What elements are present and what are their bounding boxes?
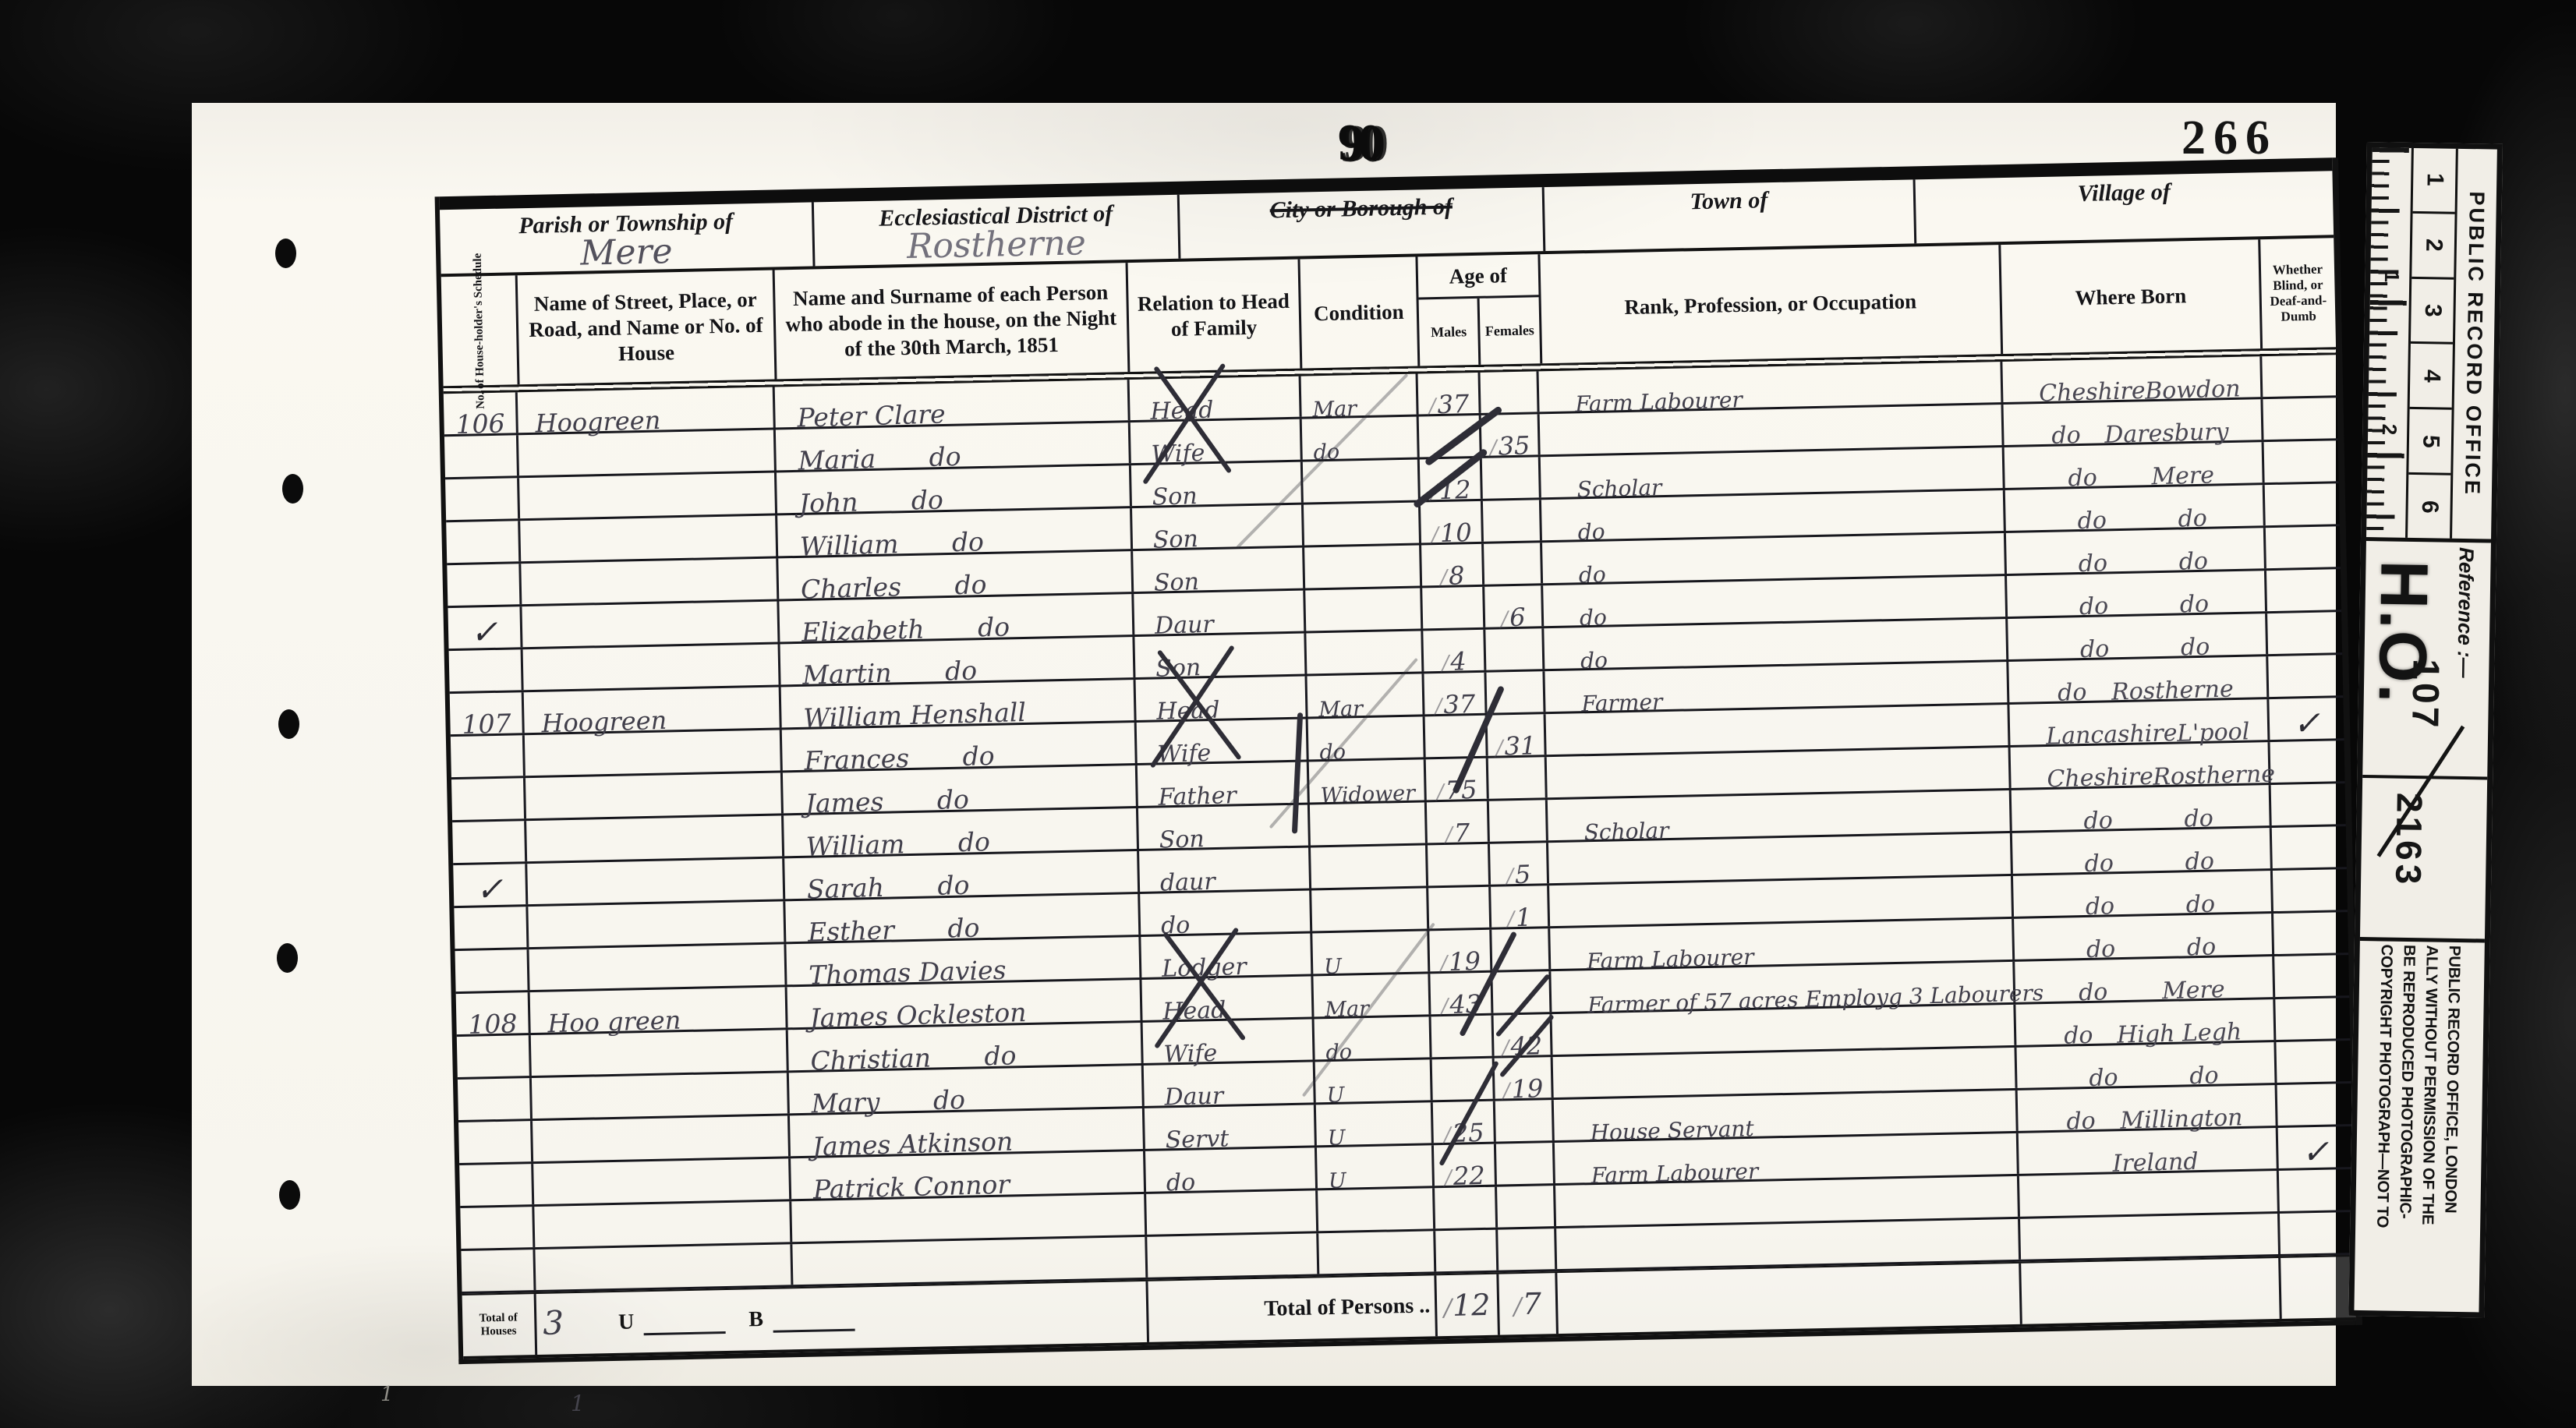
total-males-cell: 12 xyxy=(1436,1274,1500,1337)
street-cell xyxy=(531,1030,789,1076)
district-header-cell: Ecclesiastical District of Rostherne xyxy=(813,195,1180,267)
age-female-cell xyxy=(1486,671,1545,713)
blind-cell xyxy=(2274,955,2349,997)
ruler-cm-number: 3 xyxy=(2411,279,2454,345)
condition-cell: do xyxy=(1308,716,1426,759)
age-female-cell xyxy=(1498,1228,1557,1271)
age-female-cell: 5 xyxy=(1490,843,1549,885)
born-cell: dodo xyxy=(2005,485,2266,531)
age-female-value: 1 xyxy=(1507,903,1533,933)
occupation-cell xyxy=(1540,405,2005,454)
age-male-cell xyxy=(1425,716,1488,758)
born-header-text: Where Born xyxy=(2075,283,2186,311)
blind-cell xyxy=(2265,483,2340,525)
age-subheaders: Males Females xyxy=(1419,297,1540,366)
born-cell: dodo xyxy=(2008,613,2268,659)
schedule-cell xyxy=(455,949,530,991)
relation-cell: Daur xyxy=(1144,1062,1316,1106)
age-male-cell: 25 xyxy=(1433,1101,1496,1143)
age-male-cell: 22 xyxy=(1434,1144,1497,1186)
copyright-section: PUBLIC RECORD OFFICE, LONDONALLY WITHOUT… xyxy=(2355,941,2485,1303)
occupation-cell: Scholar xyxy=(1548,790,2012,840)
born-cell: doDaresbury xyxy=(2004,399,2264,445)
totals-empty-cell xyxy=(1557,1264,2022,1334)
name-cell: Martin do xyxy=(780,637,1136,684)
name-cell: Elizabeth do xyxy=(779,594,1134,642)
age-male-cell: 4 xyxy=(1423,630,1486,672)
occupation-cell: Scholar xyxy=(1541,447,2005,497)
schedule-cell xyxy=(461,1249,536,1292)
schedule-cell xyxy=(445,478,520,520)
schedule-cell: 106 xyxy=(444,392,518,434)
ruler-cm-number: 4 xyxy=(2410,344,2453,410)
condition-cell xyxy=(1310,802,1428,845)
occupation-cell xyxy=(1552,1005,2016,1055)
condition-cell xyxy=(1304,502,1421,545)
age-male-cell: 43 xyxy=(1430,973,1493,1015)
blind-cell xyxy=(2273,869,2348,911)
born-cell: CheshireBowdon xyxy=(2002,356,2263,402)
age-female-cell xyxy=(1482,457,1541,499)
blind-cell xyxy=(2280,1212,2355,1254)
street-cell xyxy=(527,858,785,904)
age-female-cell xyxy=(1488,757,1548,799)
schedule-header-text: No. of House-holder's Schedule xyxy=(471,253,487,408)
name-cell: James Ockleston xyxy=(787,980,1143,1027)
blind-cell xyxy=(2266,569,2341,611)
totals-empty-cell xyxy=(2281,1257,2356,1319)
relation-cell: do xyxy=(1140,890,1312,935)
street-cell xyxy=(534,1201,792,1247)
occupation-cell: Farmer xyxy=(1545,662,2009,712)
born-cell: doRostherne xyxy=(2008,656,2269,702)
street-cell xyxy=(521,558,779,604)
total-males-value: 12 xyxy=(1443,1288,1491,1323)
schedule-cell xyxy=(452,821,527,863)
age-male-value: 8 xyxy=(1439,560,1465,591)
street-cell xyxy=(520,515,778,561)
name-cell: Christian do xyxy=(788,1023,1144,1070)
building-blank xyxy=(773,1305,855,1332)
age-female-cell xyxy=(1481,371,1540,413)
punch-hole xyxy=(277,943,298,973)
street-cell xyxy=(519,472,777,518)
name-cell xyxy=(792,1237,1148,1285)
condition-cell: U xyxy=(1317,1145,1435,1188)
age-header-wrap: Age of Males Females xyxy=(1418,254,1540,366)
occupation-cell xyxy=(1547,748,2012,797)
occupation-cell: Farm Labourer xyxy=(1550,919,2015,969)
age-female-cell xyxy=(1495,1100,1555,1142)
relation-cell: Son xyxy=(1138,804,1311,849)
district-value: Rostherne xyxy=(814,221,1179,269)
town-header-cell: Town of xyxy=(1545,179,1916,251)
schedule-cell xyxy=(451,735,525,777)
age-females-header: Females xyxy=(1480,297,1540,365)
born-cell: Ireland xyxy=(2019,1128,2279,1174)
age-male-cell: 75 xyxy=(1426,758,1489,801)
blind-cell xyxy=(2267,612,2342,654)
schedule-cell xyxy=(458,1078,533,1120)
condition-cell xyxy=(1303,459,1421,502)
name-cell: Sarah do xyxy=(784,851,1140,899)
relation-cell: Wife xyxy=(1143,1019,1315,1063)
village-header-cell: Village of xyxy=(1915,171,2334,243)
schedule-cell xyxy=(447,564,522,606)
building-label: B xyxy=(748,1307,763,1332)
name-cell: Thomas Davies xyxy=(786,937,1141,984)
ruler-cm-number: 2 xyxy=(2411,214,2454,280)
age-male-cell: 37 xyxy=(1424,673,1487,715)
page-stamp-number: 90 xyxy=(1338,112,1378,173)
schedule-cell xyxy=(446,521,521,563)
age-male-cell xyxy=(1419,415,1482,458)
punch-hole xyxy=(275,239,296,268)
condition-cell: Mar xyxy=(1313,974,1431,1016)
total-persons-label: Total of Persons .. xyxy=(1148,1275,1438,1342)
age-male-cell: 10 xyxy=(1421,501,1484,543)
office-name-text: PUBLIC RECORD OFFICE xyxy=(2452,149,2497,539)
occupation-cell: do xyxy=(1543,576,2008,626)
schedule-cell xyxy=(459,1164,534,1206)
col-header-name: Name and Surname of each Person who abod… xyxy=(774,263,1130,379)
relation-cell xyxy=(1146,1190,1318,1235)
occupation-cell xyxy=(1553,1048,2018,1098)
relation-cell: Wife xyxy=(1131,419,1303,464)
blind-cell xyxy=(2273,912,2348,954)
occupation-cell xyxy=(1555,1176,2020,1226)
blind-cell xyxy=(2268,655,2343,697)
left-check-mark: ✓ xyxy=(470,613,498,652)
occupation-cell: Farmer of 57 acres Employg 3 Labourers xyxy=(1551,962,2015,1012)
name-cell: Mary do xyxy=(789,1066,1145,1113)
occupation-cell: do xyxy=(1544,619,2008,669)
relation-cell: Son xyxy=(1133,548,1305,592)
relation-cell: Son xyxy=(1134,634,1307,678)
margin-mark: 1 xyxy=(571,1391,585,1416)
relation-cell: Father xyxy=(1138,762,1310,806)
name-cell: William Henshall xyxy=(781,680,1137,727)
punch-hole xyxy=(279,1180,300,1210)
condition-cell: Mar xyxy=(1307,673,1424,716)
relation-cell: Son xyxy=(1131,462,1304,507)
blind-cell: ✓ xyxy=(2269,698,2344,740)
col-header-age: Age of Males Females xyxy=(1418,254,1542,366)
blind-cell xyxy=(2264,440,2339,482)
occupation-cell xyxy=(1549,876,2014,926)
ruler-section: 1 2 123456 PUBLIC RECORD OFFICE xyxy=(2366,147,2497,543)
age-female-cell xyxy=(1491,928,1551,970)
born-cell: CheshireRostherne xyxy=(2011,742,2271,788)
village-label: Village of xyxy=(1915,175,2333,210)
blind-cell xyxy=(2262,355,2337,397)
city-label: City or Borough of xyxy=(1180,192,1542,226)
street-cell xyxy=(533,1158,791,1204)
age-female-cell xyxy=(1497,1186,1556,1228)
street-cell xyxy=(533,1115,791,1161)
condition-cell: do xyxy=(1315,1016,1432,1059)
age-male-cell: 7 xyxy=(1427,801,1490,843)
age-male-cell: 37 xyxy=(1418,373,1481,415)
age-female-cell: 42 xyxy=(1494,1014,1553,1056)
blind-cell xyxy=(2272,826,2347,868)
blind-header-text: Whether Blind, or Deaf-and-Dumb xyxy=(2261,261,2336,325)
name-cell xyxy=(791,1194,1147,1242)
total-houses-cell: 3 U B xyxy=(536,1281,1149,1355)
schedule-cell xyxy=(454,907,529,949)
name-cell: Esther do xyxy=(785,894,1141,942)
name-cell: William do xyxy=(777,508,1133,556)
age-male-value: 4 xyxy=(1441,646,1467,677)
col-header-blind: Whether Blind, or Deaf-and-Dumb xyxy=(2260,238,2336,348)
copyright-stamp: PUBLIC RECORD OFFICE, LONDONALLY WITHOUT… xyxy=(2364,944,2466,1298)
blind-cell: ✓ xyxy=(2278,1126,2353,1168)
age-female-cell xyxy=(1492,971,1552,1013)
street-header-text: Name of Street, Place, or Road, and Name… xyxy=(518,286,774,369)
occupation-cell xyxy=(1546,705,2011,755)
street-cell xyxy=(525,730,783,776)
reference-section: Reference :— H.O. 107 2163 xyxy=(2360,541,2491,942)
blind-cell xyxy=(2279,1169,2354,1211)
born-cell: dodo xyxy=(2007,571,2267,617)
schedule-cell xyxy=(451,778,526,820)
town-label: Town of xyxy=(1545,184,1913,218)
street-cell xyxy=(518,429,777,475)
name-header-text: Name and Surname of each Person who abod… xyxy=(775,279,1127,363)
condition-cell: U xyxy=(1312,931,1430,974)
street-cell xyxy=(523,644,781,690)
relation-cell xyxy=(1147,1233,1319,1278)
relation-cell: Son xyxy=(1132,505,1304,550)
condition-cell: Mar xyxy=(1301,373,1419,416)
relation-cell: daur xyxy=(1139,847,1311,892)
census-rows: 106HoogreenPeter ClareHeadMar37Farm Labo… xyxy=(444,355,2355,1294)
occupation-cell: do xyxy=(1542,533,2007,583)
born-cell: LancashireL'pool xyxy=(2009,699,2270,745)
schedule-cell: ✓ xyxy=(453,864,528,906)
blind-cell xyxy=(2263,398,2337,440)
born-cell: dodo xyxy=(2013,871,2273,917)
occupation-cell: Farm Labourer xyxy=(1539,362,2004,412)
condition-cell: Widower xyxy=(1309,759,1427,802)
schedule-cell: 108 xyxy=(456,992,531,1034)
born-cell: doMere xyxy=(2005,442,2265,488)
condition-header-text: Condition xyxy=(1314,299,1404,326)
condition-cell xyxy=(1318,1231,1436,1274)
total-females-cell: 7 xyxy=(1499,1273,1559,1335)
schedule-cell: ✓ xyxy=(448,606,522,649)
total-females-value: 7 xyxy=(1513,1286,1541,1321)
age-female-cell: 1 xyxy=(1491,885,1550,928)
age-female-cell xyxy=(1489,800,1548,842)
age-male-cell xyxy=(1432,1059,1495,1101)
age-female-cell xyxy=(1485,628,1545,670)
schedule-cell xyxy=(460,1207,535,1249)
age-female-cell: 35 xyxy=(1481,414,1541,456)
relation-header-text: Relation to Head of Family xyxy=(1128,288,1299,343)
age-male-cell xyxy=(1435,1230,1499,1272)
name-cell: Frances do xyxy=(782,723,1138,770)
occupation-cell: Farm Labourer xyxy=(1555,1133,2019,1183)
street-cell xyxy=(525,772,784,818)
age-female-cell: 6 xyxy=(1484,585,1544,627)
age-male-cell: 19 xyxy=(1429,930,1492,972)
schedule-cell xyxy=(458,1121,533,1163)
col-header-born: Where Born xyxy=(2001,239,2263,354)
margin-mark-faint: 1 xyxy=(380,1383,394,1406)
ruler-inch-number: 1 xyxy=(2380,271,2404,283)
office-name-column: PUBLIC RECORD OFFICE xyxy=(2452,149,2497,539)
born-cell: doMillington xyxy=(2018,1085,2278,1131)
condition-cell xyxy=(1305,588,1423,631)
occupation-cell xyxy=(1548,833,2013,883)
born-cell: dodo xyxy=(2012,828,2273,874)
col-header-street: Name of Street, Place, or Road, and Name… xyxy=(518,270,777,384)
name-cell: Maria do xyxy=(776,422,1131,470)
street-cell: Hoo green xyxy=(530,987,788,1033)
age-males-header: Males xyxy=(1419,299,1481,366)
relation-cell: Wife xyxy=(1137,719,1309,763)
condition-cell xyxy=(1306,631,1424,673)
born-cell: dodo xyxy=(2006,528,2266,574)
born-cell: doHigh Legh xyxy=(2015,999,2276,1045)
uninhabited-label: U xyxy=(618,1310,635,1334)
street-cell: Hoogreen xyxy=(524,687,782,733)
schedule-cell xyxy=(444,435,519,477)
age-male-cell xyxy=(1435,1187,1498,1229)
blind-cell xyxy=(2277,1083,2352,1126)
col-header-relation: Relation to Head of Family xyxy=(1127,260,1302,373)
street-cell xyxy=(535,1244,793,1290)
name-cell: James Atkinson xyxy=(790,1108,1145,1156)
uninhabited-blank xyxy=(643,1308,726,1335)
parish-header-cell: Parish or Township of Mere xyxy=(440,202,815,274)
occupation-cell: House Servant xyxy=(1554,1090,2019,1140)
col-header-condition: Condition xyxy=(1300,256,1420,368)
condition-cell: U xyxy=(1315,1059,1433,1102)
born-cell xyxy=(2020,1214,2281,1260)
right-check-mark: ✓ xyxy=(2292,704,2320,743)
ruler-ticks: 1 2 xyxy=(2366,147,2414,538)
total-houses-label: Total of Houses xyxy=(462,1294,538,1356)
name-cell: Patrick Connor xyxy=(791,1151,1146,1199)
street-cell xyxy=(528,901,786,947)
age-female-cell xyxy=(1484,543,1543,585)
scanned-census-photograph: { "page": { "stamp_number": "90", "folio… xyxy=(0,0,2576,1428)
condition-cell xyxy=(1304,545,1422,588)
blind-cell xyxy=(2276,1041,2351,1083)
schedule-cell xyxy=(449,649,524,691)
age-male-cell: 12 xyxy=(1420,458,1483,500)
name-cell: James do xyxy=(783,765,1138,813)
left-check-mark: ✓ xyxy=(476,870,504,909)
col-header-schedule: No. of House-holder's Schedule xyxy=(441,275,520,386)
census-form-table: Parish or Township of Mere Ecclesiastica… xyxy=(435,157,2362,1364)
occupation-header-text: Rank, Profession, or Occupation xyxy=(1624,288,1916,320)
condition-cell: do xyxy=(1302,416,1420,459)
schedule-cell: 107 xyxy=(450,692,525,734)
blind-cell xyxy=(2271,783,2346,825)
street-cell xyxy=(522,601,780,647)
born-cell: dodo xyxy=(2016,1042,2277,1088)
folio-number: 266 xyxy=(2181,111,2277,166)
public-record-office-card: 1 2 123456 PUBLIC RECORD OFFICE Referenc… xyxy=(2348,142,2503,1318)
right-check-mark: ✓ xyxy=(2302,1133,2330,1172)
ruler-inch-number: 2 xyxy=(2377,424,2401,436)
age-female-cell xyxy=(1483,500,1542,542)
reference-label-text: Reference :— xyxy=(2443,547,2479,782)
relation-cell: do xyxy=(1145,1147,1318,1192)
total-houses-value: 3 xyxy=(543,1303,564,1342)
relation-cell: Head xyxy=(1136,677,1308,721)
ruler-cm-number: 1 xyxy=(2413,148,2456,214)
born-cell: dodo xyxy=(2014,914,2274,960)
age-male-cell xyxy=(1428,844,1491,886)
age-header-text: Age of xyxy=(1418,254,1539,299)
ruler-cm-number: 5 xyxy=(2408,409,2451,475)
col-header-occupation: Rank, Profession, or Occupation xyxy=(1540,245,2004,363)
ruler-cm-numbers: 123456 xyxy=(2408,148,2458,539)
occupation-cell: do xyxy=(1541,490,2006,540)
street-cell xyxy=(526,815,784,861)
occupation-cell xyxy=(1556,1219,2021,1269)
street-cell xyxy=(529,944,787,990)
age-female-cell: 31 xyxy=(1488,714,1547,756)
age-male-cell xyxy=(1431,1016,1495,1058)
street-cell: Hoogreen xyxy=(518,387,776,433)
reference-label-box: Reference :— xyxy=(2443,547,2479,782)
ruler-cm-number: 6 xyxy=(2408,475,2450,539)
age-female-cell xyxy=(1496,1143,1555,1185)
condition-cell: U xyxy=(1316,1102,1434,1145)
born-cell: dodo xyxy=(2012,785,2272,831)
relation-cell: Daur xyxy=(1134,591,1306,635)
relation-cell: Servt xyxy=(1145,1105,1317,1149)
blind-cell xyxy=(2270,741,2345,783)
condition-cell xyxy=(1318,1188,1435,1231)
born-cell: doMere xyxy=(2015,956,2275,1002)
name-cell: Charles do xyxy=(778,551,1134,599)
street-cell xyxy=(532,1073,790,1119)
totals-empty-cell xyxy=(2021,1258,2282,1324)
name-cell: Peter Clare xyxy=(775,380,1131,427)
relation-cell: Head xyxy=(1130,376,1302,421)
condition-cell xyxy=(1311,888,1429,931)
punch-hole xyxy=(278,709,299,739)
age-male-cell xyxy=(1422,587,1485,629)
relation-cell: Head xyxy=(1141,976,1314,1020)
condition-cell xyxy=(1311,845,1428,888)
relation-cell: Lodger xyxy=(1141,933,1313,977)
schedule-cell xyxy=(457,1035,532,1077)
age-female-value: 6 xyxy=(1501,603,1527,633)
age-male-cell: 8 xyxy=(1421,544,1484,586)
name-cell: John do xyxy=(777,465,1132,513)
blind-cell xyxy=(2275,998,2350,1040)
age-female-cell: 19 xyxy=(1495,1057,1554,1099)
age-female-value: 5 xyxy=(1506,860,1532,890)
age-male-cell xyxy=(1428,887,1491,929)
name-cell: William do xyxy=(784,808,1139,856)
city-header-cell: City or Borough of xyxy=(1180,187,1545,259)
parish-value: Mere xyxy=(441,228,813,276)
born-cell xyxy=(2019,1171,2280,1217)
age-male-value: 7 xyxy=(1445,818,1470,848)
punch-hole xyxy=(282,474,303,504)
blind-cell xyxy=(2266,526,2341,568)
